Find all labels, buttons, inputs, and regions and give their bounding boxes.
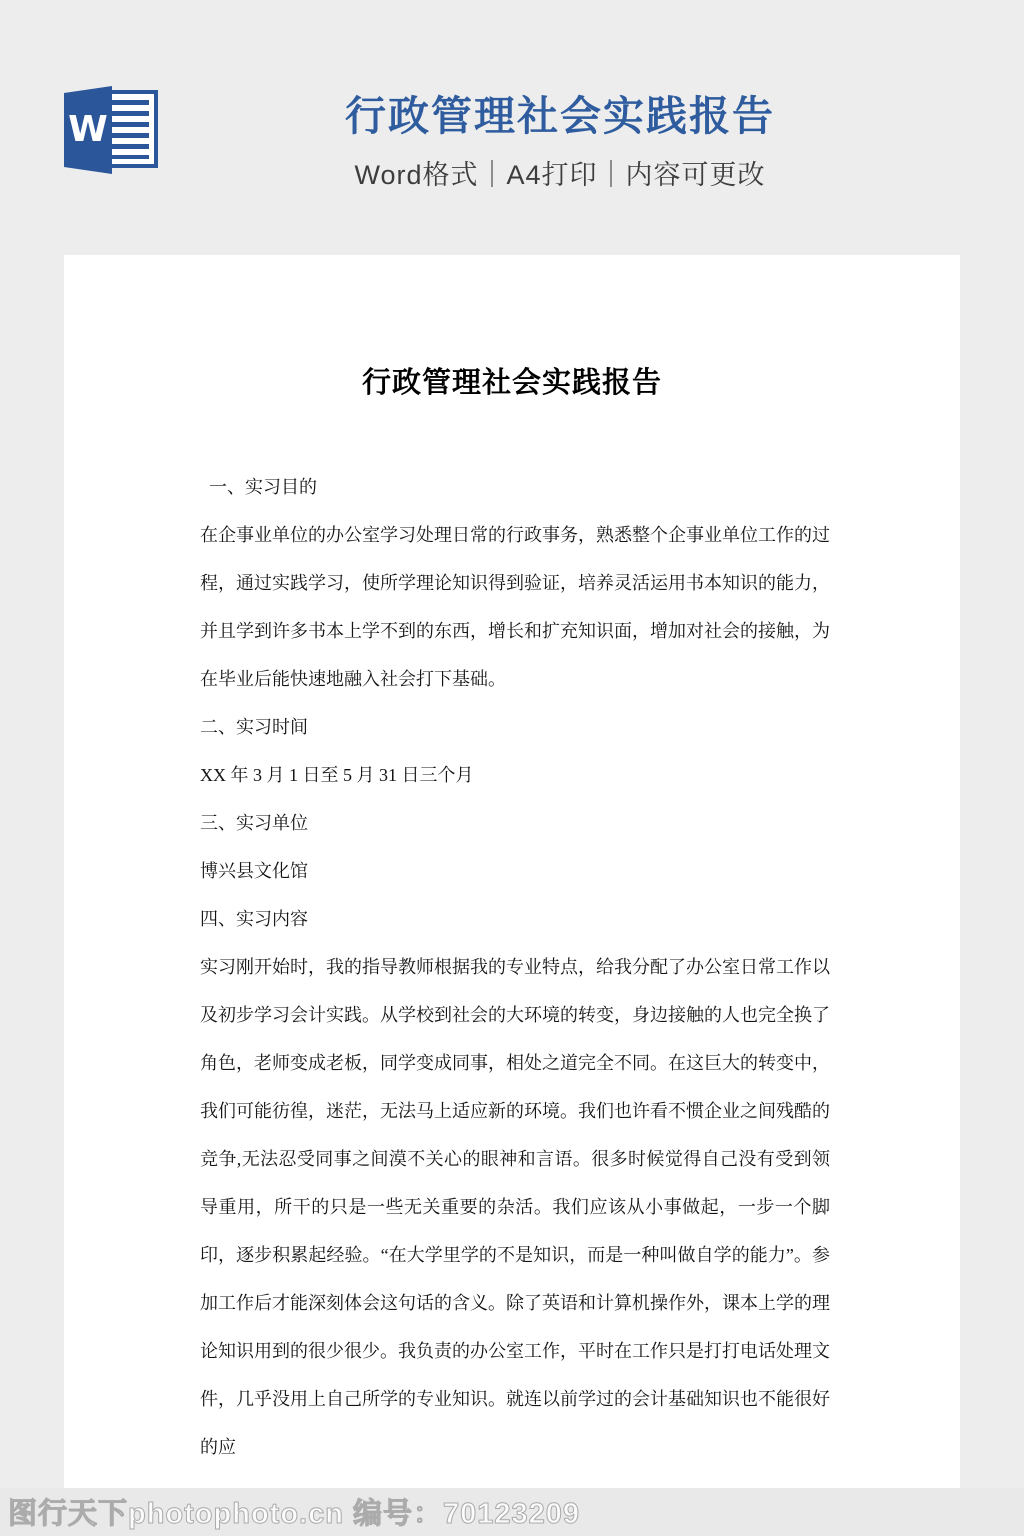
- watermark-text: 图行天下photophoto.cn 编号：70123209: [8, 1491, 580, 1532]
- document-title: 行政管理社会实践报告: [64, 363, 960, 403]
- word-w-panel-icon: W: [64, 86, 112, 174]
- word-icon: W: [64, 86, 158, 174]
- section-heading-1: 一、实习目的: [200, 463, 830, 511]
- word-letter: W: [68, 112, 108, 148]
- paragraph-time: XX 年 3 月 1 日至 5 月 31 日三个月: [200, 751, 830, 799]
- watermark-bar: 图行天下photophoto.cn 编号：70123209: [0, 1488, 1024, 1536]
- header-text: 行政管理社会实践报告 Word格式｜A4打印｜内容可更改: [170, 92, 950, 192]
- template-preview: W 行政管理社会实践报告 Word格式｜A4打印｜内容可更改 行政管理社会实践报…: [0, 0, 1024, 1536]
- template-subtitle: Word格式｜A4打印｜内容可更改: [170, 153, 950, 192]
- paragraph-purpose: 在企事业单位的办公室学习处理日常的行政事务，熟悉整个企事业单位工作的过程，通过实…: [200, 511, 830, 703]
- paragraph-content: 实习刚开始时，我的指导教师根据我的专业特点，给我分配了办公室日常工作以及初步学习…: [200, 943, 830, 1471]
- section-heading-3: 三、实习单位: [200, 799, 830, 847]
- template-title: 行政管理社会实践报告: [170, 92, 950, 141]
- paragraph-unit: 博兴县文化馆: [200, 847, 830, 895]
- document-body: 一、实习目的 在企事业单位的办公室学习处理日常的行政事务，熟悉整个企事业单位工作…: [200, 463, 830, 1471]
- section-heading-4: 四、实习内容: [200, 895, 830, 943]
- header: W 行政管理社会实践报告 Word格式｜A4打印｜内容可更改: [0, 0, 1024, 255]
- document-page: 行政管理社会实践报告 一、实习目的 在企事业单位的办公室学习处理日常的行政事务，…: [64, 255, 960, 1488]
- doc-text-lines-icon: [108, 100, 149, 159]
- section-heading-2: 二、实习时间: [200, 703, 830, 751]
